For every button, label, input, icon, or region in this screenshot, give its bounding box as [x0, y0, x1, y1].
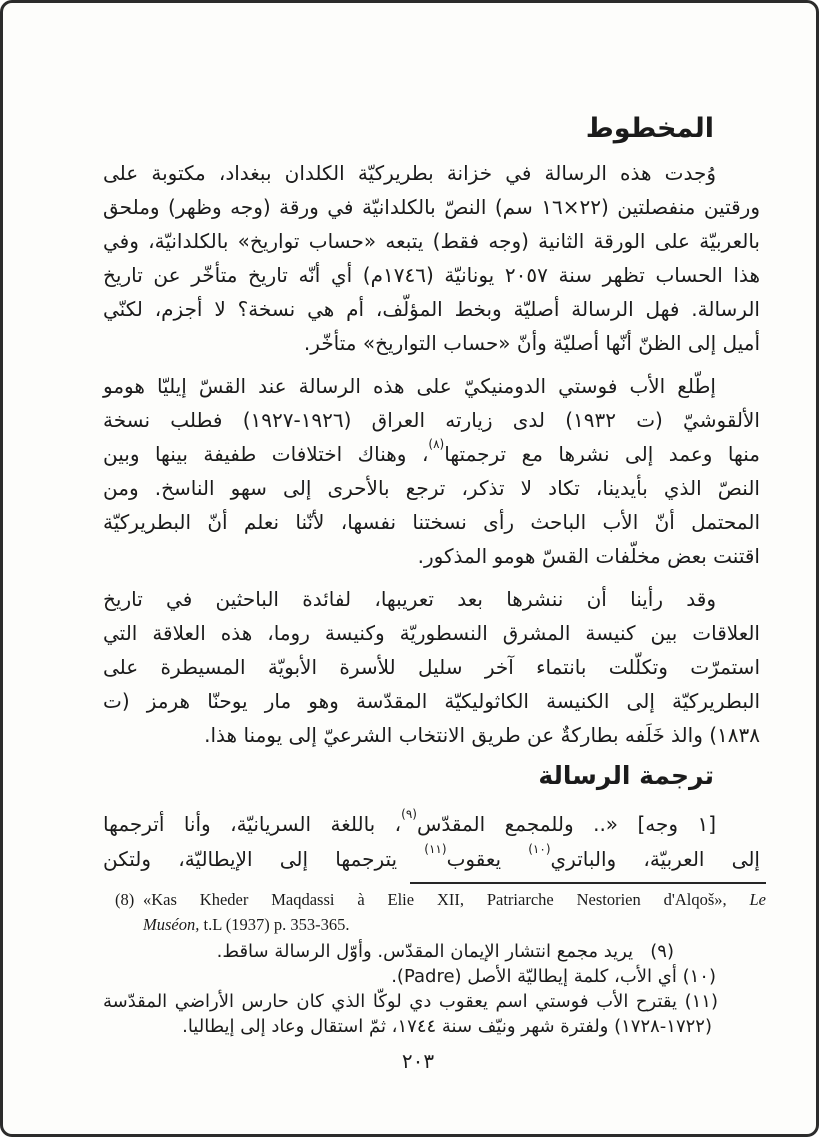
- text-line: Muséon, t.L (1937) p. 353-365.: [143, 912, 766, 937]
- text-line: ١٨٣٨) والذ خَلَفه بطاركةٌ عن طريق الانتخ…: [103, 718, 760, 752]
- text-run: «Kas Kheder Maqdassi à Elie XII, Patriar…: [143, 890, 750, 909]
- text-run: بالعربيّة على الورقة الثانية (وجه فقط) ي…: [103, 229, 760, 253]
- text-run: الألقوشيّ (ت ١٩٣٢) لدى زيارته العراق (١٩…: [103, 408, 760, 432]
- text-run: منها وعمد إلى نشرها مع ترجمتها: [444, 442, 760, 466]
- text-run: اقتنت بعض مخلّفات القسّ هومو المذكور.: [418, 544, 760, 568]
- text-run: يعقوب: [447, 847, 529, 871]
- text-run: ورقتين منفصلتين (٢٢×١٦ سم) النصّ بالكلدا…: [103, 195, 760, 219]
- text-run: وُجدت هذه الرسالة في خزانة بطريركيّة الك…: [103, 161, 716, 185]
- paragraph-translation-1: [١ وجه] «.. وللمجمع المقدّس(٩)، باللغة ا…: [103, 807, 760, 877]
- text-line: النصّ الذي بأيدينا، تكاد لا تذكر، ترجع ب…: [103, 471, 760, 505]
- text-run: يترجمها إلى الإيطاليّة، ولتكن: [103, 847, 424, 871]
- text-line: [١ وجه] «.. وللمجمع المقدّس(٩)، باللغة ا…: [103, 807, 760, 842]
- text-run: إلى العربيّة، والباتري: [551, 847, 760, 871]
- text-run: [١ وجه] «.. وللمجمع المقدّس: [417, 812, 716, 836]
- text-line: إلى العربيّة، والباتري(١٠) يعقوب(١١) يتر…: [103, 842, 760, 877]
- text-run: (١٠) أي الأب، كلمة إيطاليّة الأصل (Padre…: [391, 966, 716, 987]
- footnote-marker: (١٠): [528, 842, 550, 856]
- paragraph-manuscript-1: وُجدت هذه الرسالة في خزانة بطريركيّة الك…: [103, 156, 760, 360]
- text-line: «Kas Kheder Maqdassi à Elie XII, Patriar…: [143, 887, 766, 912]
- text-line: استمرّت وتكلّلت بانتماء آخر سليل للأسرة …: [103, 650, 760, 684]
- text-run: (١١) يقترح الأب فوستي اسم يعقوب دي لوكّا…: [103, 991, 718, 1012]
- text-run: Muséon,: [143, 915, 199, 934]
- text-line: (١٠) أي الأب، كلمة إيطاليّة الأصل (Padre…: [103, 964, 716, 989]
- footnote-11: (١١) يقترح الأب فوستي اسم يعقوب دي لوكّا…: [103, 989, 766, 1039]
- text-run: ، وهناك اختلافات طفيفة بينها وبين: [103, 442, 428, 466]
- text-line: العلاقات بين كنيسة المشرق النسطوريّة وكن…: [103, 616, 760, 650]
- text-line: المحتمل أنّ الأب الباحث رأى نسختنا نفسها…: [103, 505, 760, 539]
- text-run: النصّ الذي بأيدينا، تكاد لا تذكر، ترجع ب…: [103, 476, 760, 500]
- text-run: أميل إلى الظنّ أنّها أصليّة وأنّ «حساب ا…: [304, 331, 760, 355]
- text-line: وُجدت هذه الرسالة في خزانة بطريركيّة الك…: [103, 156, 760, 190]
- footnote-marker: (٨): [428, 437, 444, 451]
- text-line: البطريركيّة إلى الكنيسة الكاثوليكيّة الم…: [103, 684, 760, 718]
- scanned-book-page: المخطوط وُجدت هذه الرسالة في خزانة بطرير…: [0, 0, 819, 1137]
- text-line: هذا الحساب تظهر سنة ٢٠٥٧ يونانيّة (١٧٤٦م…: [103, 258, 760, 292]
- text-run: Le: [750, 890, 767, 909]
- page-number: ٢٠٣: [103, 1049, 733, 1073]
- text-run: وقد رأينا أن ننشرها بعد تعريبها، لفائدة …: [103, 587, 716, 611]
- footnote-8: (8) «Kas Kheder Maqdassi à Elie XII, Pat…: [103, 887, 766, 937]
- section-heading-manuscript: المخطوط: [103, 113, 760, 144]
- text-run: الرسالة. فهل الرسالة أصليّة وبخط المؤلّف…: [103, 297, 760, 321]
- text-run: ، باللغة السريانيّة، وأنا أترجمها: [103, 812, 401, 836]
- text-line: (١١) يقترح الأب فوستي اسم يعقوب دي لوكّا…: [103, 989, 718, 1014]
- text-run: إطّلع الأب فوستي الدومنيكيّ على هذه الرس…: [103, 374, 716, 398]
- footnote-marker: (١١): [424, 842, 446, 856]
- text-line: الألقوشيّ (ت ١٩٣٢) لدى زيارته العراق (١٩…: [103, 403, 760, 437]
- footnote-marker: (٩): [401, 807, 417, 821]
- text-run: هذا الحساب تظهر سنة ٢٠٥٧ يونانيّة (١٧٤٦م…: [103, 263, 760, 287]
- text-line: ورقتين منفصلتين (٢٢×١٦ سم) النصّ بالكلدا…: [103, 190, 760, 224]
- footnote-separator-rule: [410, 882, 766, 884]
- text-run: (٩) يريد مجمع انتشار الإيمان المقدّس. وأ…: [217, 941, 674, 962]
- text-run: البطريركيّة إلى الكنيسة الكاثوليكيّة الم…: [103, 689, 760, 713]
- text-line: بالعربيّة على الورقة الثانية (وجه فقط) ي…: [103, 224, 760, 258]
- footnote-10: (١٠) أي الأب، كلمة إيطاليّة الأصل (Padre…: [103, 964, 766, 989]
- text-line: وقد رأينا أن ننشرها بعد تعريبها، لفائدة …: [103, 582, 760, 616]
- text-run: (١٧٢٢-١٧٢٨) ولفترة شهر ونيّف سنة ١٧٤٤، ث…: [182, 1016, 712, 1037]
- footnote-8-text: «Kas Kheder Maqdassi à Elie XII, Patriar…: [143, 887, 766, 937]
- text-line: الرسالة. فهل الرسالة أصليّة وبخط المؤلّف…: [103, 292, 760, 326]
- footnote-9: (٩) يريد مجمع انتشار الإيمان المقدّس. وأ…: [103, 939, 766, 964]
- text-run: المحتمل أنّ الأب الباحث رأى نسختنا نفسها…: [103, 510, 760, 534]
- text-line: (٩) يريد مجمع انتشار الإيمان المقدّس. وأ…: [103, 939, 674, 964]
- text-run: العلاقات بين كنيسة المشرق النسطوريّة وكن…: [103, 621, 760, 645]
- text-run: استمرّت وتكلّلت بانتماء آخر سليل للأسرة …: [103, 655, 760, 679]
- footnote-8-number: (8): [115, 887, 134, 912]
- text-line: أميل إلى الظنّ أنّها أصليّة وأنّ «حساب ا…: [103, 326, 760, 360]
- section-heading-translation: ترجمة الرسالة: [103, 761, 760, 790]
- text-line: (١٧٢٢-١٧٢٨) ولفترة شهر ونيّف سنة ١٧٤٤، ث…: [103, 1014, 718, 1039]
- text-run: ١٨٣٨) والذ خَلَفه بطاركةٌ عن طريق الانتخ…: [204, 723, 760, 747]
- text-line: منها وعمد إلى نشرها مع ترجمتها(٨)، وهناك…: [103, 437, 760, 471]
- paragraph-manuscript-2: إطّلع الأب فوستي الدومنيكيّ على هذه الرس…: [103, 369, 760, 573]
- paragraph-manuscript-3: وقد رأينا أن ننشرها بعد تعريبها، لفائدة …: [103, 582, 760, 752]
- text-line: اقتنت بعض مخلّفات القسّ هومو المذكور.: [103, 539, 760, 573]
- text-run: t.L (1937) p. 353-365.: [199, 915, 349, 934]
- text-line: إطّلع الأب فوستي الدومنيكيّ على هذه الرس…: [103, 369, 760, 403]
